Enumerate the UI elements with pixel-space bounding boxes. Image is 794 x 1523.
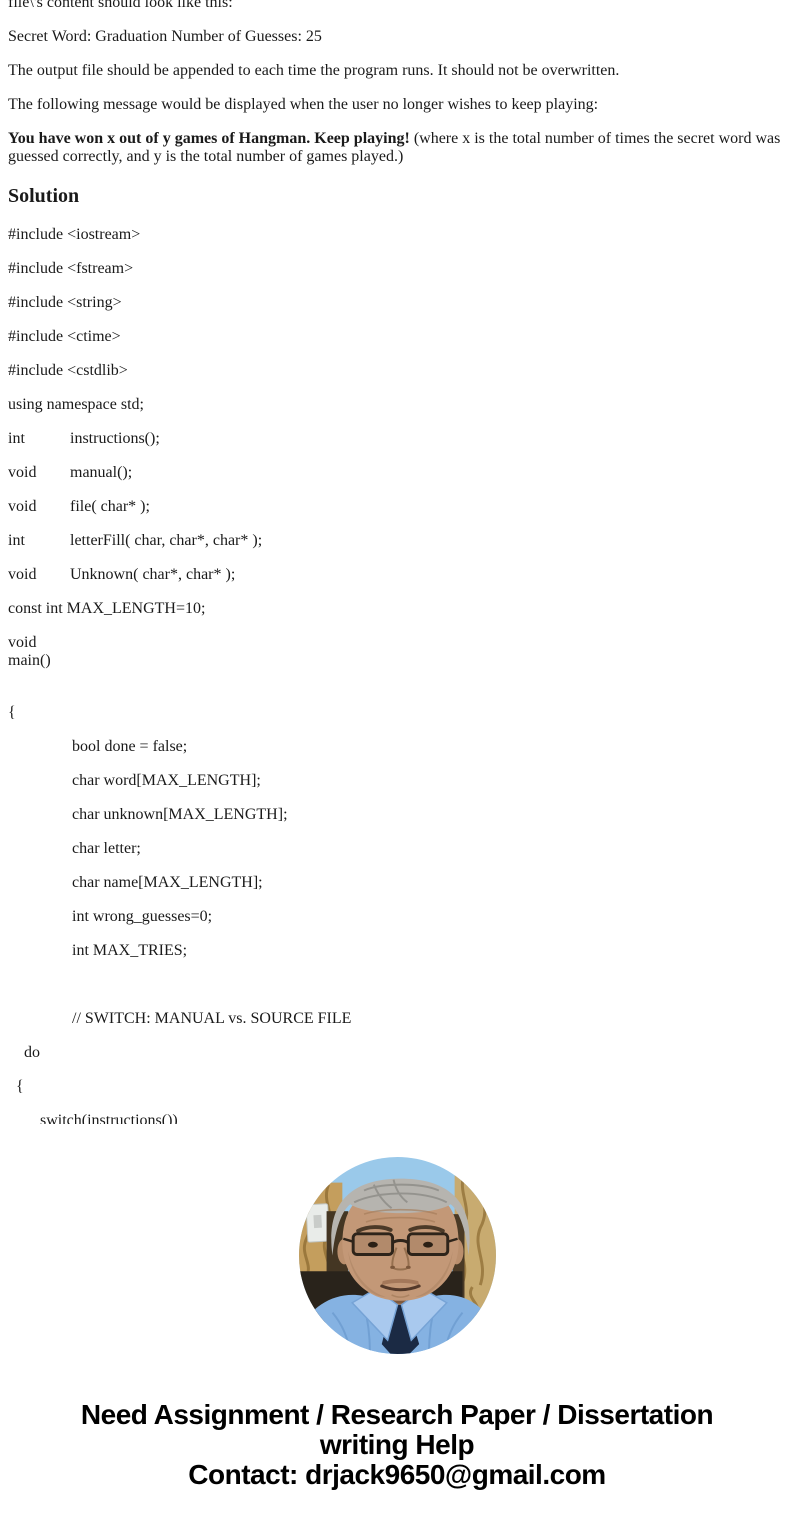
file-content-note: file\'s content should look like this:: [8, 0, 786, 12]
code-line: do: [8, 1044, 786, 1062]
decl-name: letterFill( char, char*, char* );: [70, 532, 262, 549]
document-text-region: file\'s content should look like this: S…: [0, 0, 794, 1124]
code-line: intinstructions();: [8, 430, 786, 448]
code-line: {: [8, 1078, 786, 1096]
code-line: voidfile( char* );: [8, 498, 786, 516]
code-line: const int MAX_LENGTH=10;: [8, 600, 786, 618]
win-message: You have won x out of y games of Hangman…: [8, 130, 786, 166]
code-line: bool done = false;: [8, 738, 786, 756]
secret-word-example: Secret Word: Graduation Number of Guesse…: [8, 28, 786, 46]
decl-name: file( char* );: [70, 498, 150, 515]
code-line: #include <iostream>: [8, 226, 786, 244]
tutor-avatar: [299, 1157, 496, 1354]
code-line: #include <ctime>: [8, 328, 786, 346]
switch-plate: [305, 1204, 329, 1243]
avatar-section: [0, 1157, 794, 1354]
decl-name: instructions();: [70, 430, 160, 447]
code-line: switch(instructions()): [8, 1112, 786, 1124]
code-line: #include <string>: [8, 294, 786, 312]
eye-left: [367, 1242, 377, 1248]
decl-name: manual();: [70, 464, 132, 481]
code-line: int MAX_TRIES;: [8, 942, 786, 960]
code-line: void main(): [8, 634, 786, 670]
document-content: file\'s content should look like this: S…: [8, 0, 786, 1124]
decl-type: void: [8, 566, 70, 584]
code-line: voidUnknown( char*, char* );: [8, 566, 786, 584]
code-line: char name[MAX_LENGTH];: [8, 874, 786, 892]
code-line: {: [8, 704, 786, 722]
append-note: The output file should be appended to ea…: [8, 62, 786, 80]
assignment-solution-page: file\'s content should look like this: S…: [0, 0, 794, 1523]
code-line: voidmanual();: [8, 464, 786, 482]
code-line: using namespace std;: [8, 396, 786, 414]
win-message-bold: You have won x out of y games of Hangman…: [8, 130, 410, 147]
decl-type: int: [8, 430, 70, 448]
quit-message-note: The following message would be displayed…: [8, 96, 786, 114]
decl-type: void: [8, 464, 70, 482]
contact-banner: Need Assignment / Research Paper / Disse…: [0, 1400, 794, 1490]
code-line: #include <fstream>: [8, 260, 786, 278]
code-line: char unknown[MAX_LENGTH];: [8, 806, 786, 824]
help-offer-text: Need Assignment / Research Paper / Disse…: [0, 1400, 794, 1460]
decl-type: void: [8, 498, 70, 516]
decl-type: int: [8, 532, 70, 550]
code-line: int wrong_guesses=0;: [8, 908, 786, 926]
code-line: char letter;: [8, 840, 786, 858]
code-line: // SWITCH: MANUAL vs. SOURCE FILE: [8, 1010, 786, 1028]
man-portrait-photo: [299, 1157, 496, 1354]
eye-right: [423, 1242, 433, 1248]
code-line: #include <cstdlib>: [8, 362, 786, 380]
contact-email-text: Contact: drjack9650@gmail.com: [0, 1460, 794, 1490]
code-line: char word[MAX_LENGTH];: [8, 772, 786, 790]
code-line: intletterFill( char, char*, char* );: [8, 532, 786, 550]
decl-name: Unknown( char*, char* );: [70, 566, 235, 583]
solution-heading: Solution: [8, 184, 786, 208]
